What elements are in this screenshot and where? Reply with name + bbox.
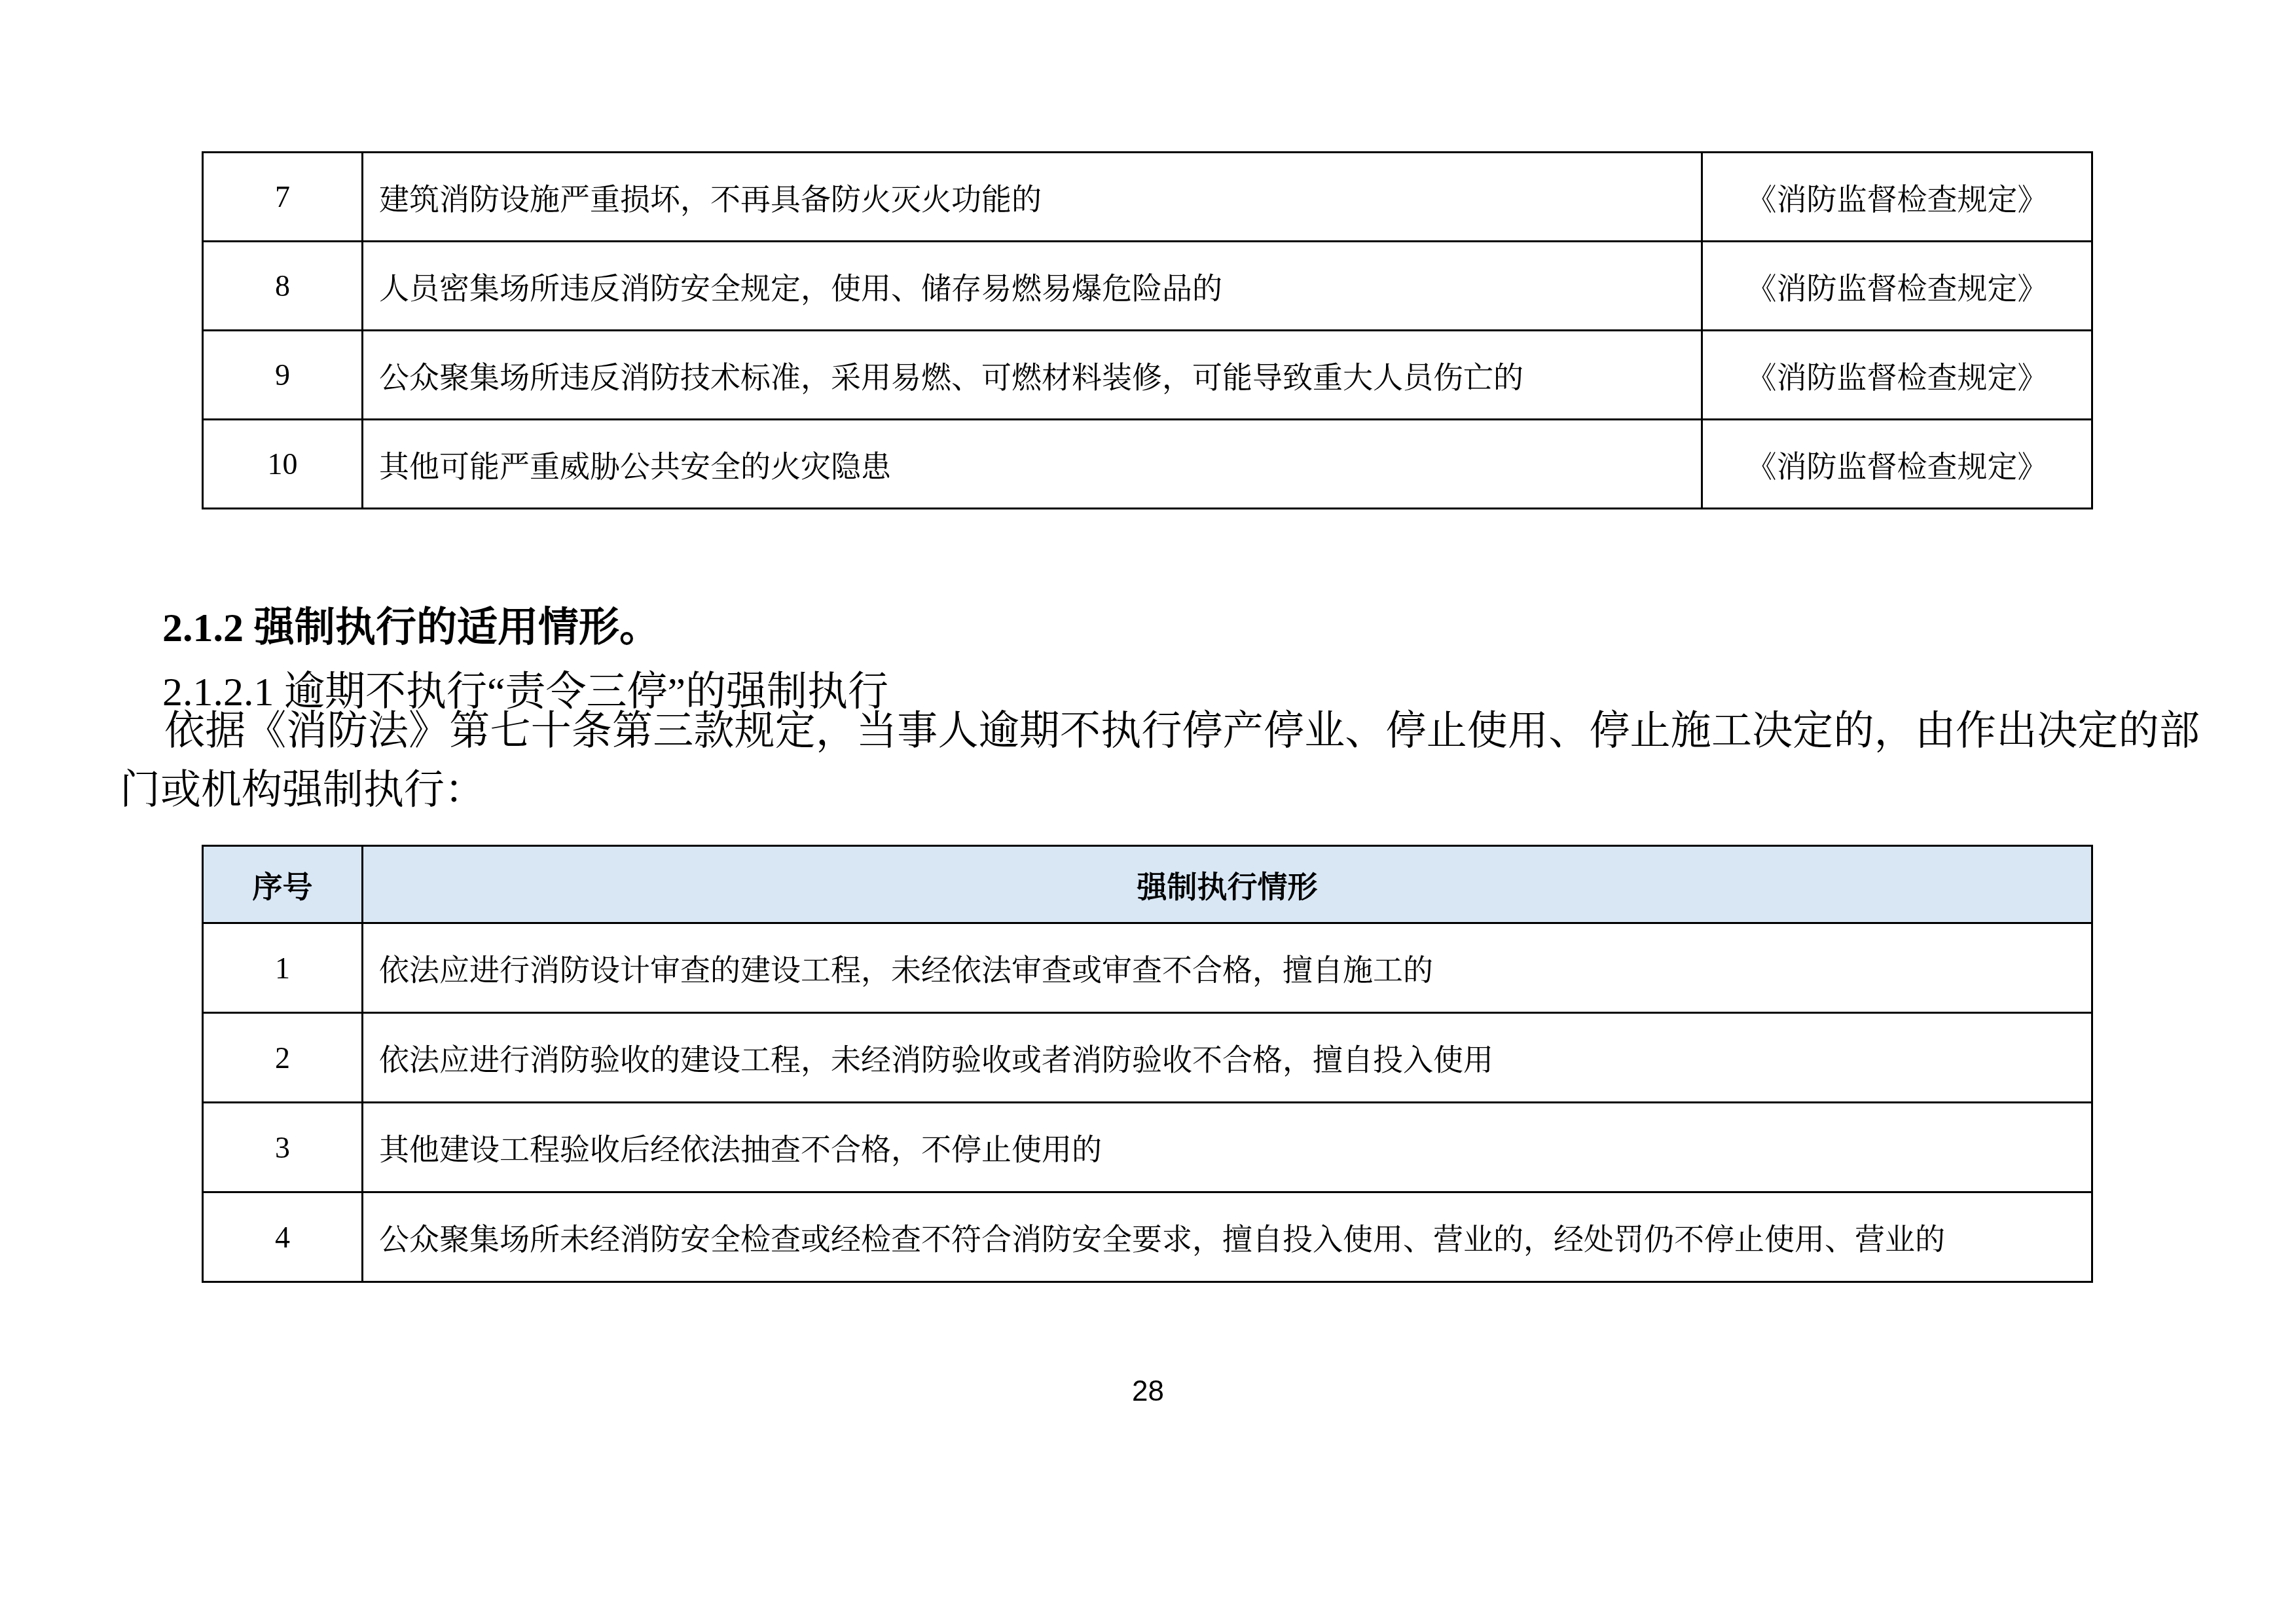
situation-cell: 依法应进行消防设计审查的建设工程，未经依法审查或审查不合格，擅自施工的 — [363, 923, 2092, 1013]
legal-basis-cell: 《消防监督检查规定》 — [1702, 420, 2092, 509]
table-row: 9 公众聚集场所违反消防技术标准，采用易燃、可燃材料装修，可能导致重大人员伤亡的… — [203, 331, 2092, 420]
table-row: 7 建筑消防设施严重损坏，不再具备防火灭火功能的 《消防监督检查规定》 — [203, 153, 2092, 242]
header-situation-cell: 强制执行情形 — [363, 846, 2092, 923]
section-heading: 2.1.2强制执行的适用情形。 — [162, 595, 660, 653]
situation-cell: 人员密集场所违反消防安全规定，使用、储存易燃易爆危险品的 — [363, 242, 1702, 331]
section-heading-number: 2.1.2 — [162, 606, 244, 650]
enforcement-header-row: 序号 强制执行情形 — [203, 846, 2092, 923]
row-number-cell: 9 — [203, 331, 363, 420]
body-paragraph: 依据《消防法》第七十条第三款规定，当事人逾期不执行停产停业、停止使用、停止施工决… — [120, 702, 2200, 820]
table-row: 1 依法应进行消防设计审查的建设工程，未经依法审查或审查不合格，擅自施工的 — [203, 923, 2092, 1013]
table-row: 8 人员密集场所违反消防安全规定，使用、储存易燃易爆危险品的 《消防监督检查规定… — [203, 242, 2092, 331]
situation-cell: 其他可能严重威胁公共安全的火灾隐患 — [363, 420, 1702, 509]
row-number-cell: 2 — [203, 1013, 363, 1103]
row-number-cell: 4 — [203, 1192, 363, 1282]
table-row: 3 其他建设工程验收后经依法抽查不合格，不停止使用的 — [203, 1103, 2092, 1192]
situation-cell: 其他建设工程验收后经依法抽查不合格，不停止使用的 — [363, 1103, 2092, 1192]
page-number: 28 — [0, 1375, 2296, 1408]
legal-basis-cell: 《消防监督检查规定》 — [1702, 153, 2092, 242]
situation-cell: 公众聚集场所未经消防安全检查或经检查不符合消防安全要求，擅自投入使用、营业的，经… — [363, 1192, 2092, 1282]
legal-basis-cell: 《消防监督检查规定》 — [1702, 242, 2092, 331]
document-page: 7 建筑消防设施严重损坏，不再具备防火灭火功能的 《消防监督检查规定》 8 人员… — [0, 0, 2296, 1624]
situation-cell: 依法应进行消防验收的建设工程，未经消防验收或者消防验收不合格，擅自投入使用 — [363, 1013, 2092, 1103]
header-number-cell: 序号 — [203, 846, 363, 923]
row-number-cell: 1 — [203, 923, 363, 1013]
row-number-cell: 7 — [203, 153, 363, 242]
situation-cell: 建筑消防设施严重损坏，不再具备防火灭火功能的 — [363, 153, 1702, 242]
section-heading-title: 强制执行的适用情形。 — [254, 605, 660, 650]
table-row: 4 公众聚集场所未经消防安全检查或经检查不符合消防安全要求，擅自投入使用、营业的… — [203, 1192, 2092, 1282]
row-number-cell: 10 — [203, 420, 363, 509]
situation-cell: 公众聚集场所违反消防技术标准，采用易燃、可燃材料装修，可能导致重大人员伤亡的 — [363, 331, 1702, 420]
table-row: 10 其他可能严重威胁公共安全的火灾隐患 《消防监督检查规定》 — [203, 420, 2092, 509]
fire-hazard-table: 7 建筑消防设施严重损坏，不再具备防火灭火功能的 《消防监督检查规定》 8 人员… — [202, 151, 2093, 509]
row-number-cell: 3 — [203, 1103, 363, 1192]
table-row: 2 依法应进行消防验收的建设工程，未经消防验收或者消防验收不合格，擅自投入使用 — [203, 1013, 2092, 1103]
legal-basis-cell: 《消防监督检查规定》 — [1702, 331, 2092, 420]
row-number-cell: 8 — [203, 242, 363, 331]
enforcement-table: 序号 强制执行情形 1 依法应进行消防设计审查的建设工程，未经依法审查或审查不合… — [202, 845, 2093, 1283]
